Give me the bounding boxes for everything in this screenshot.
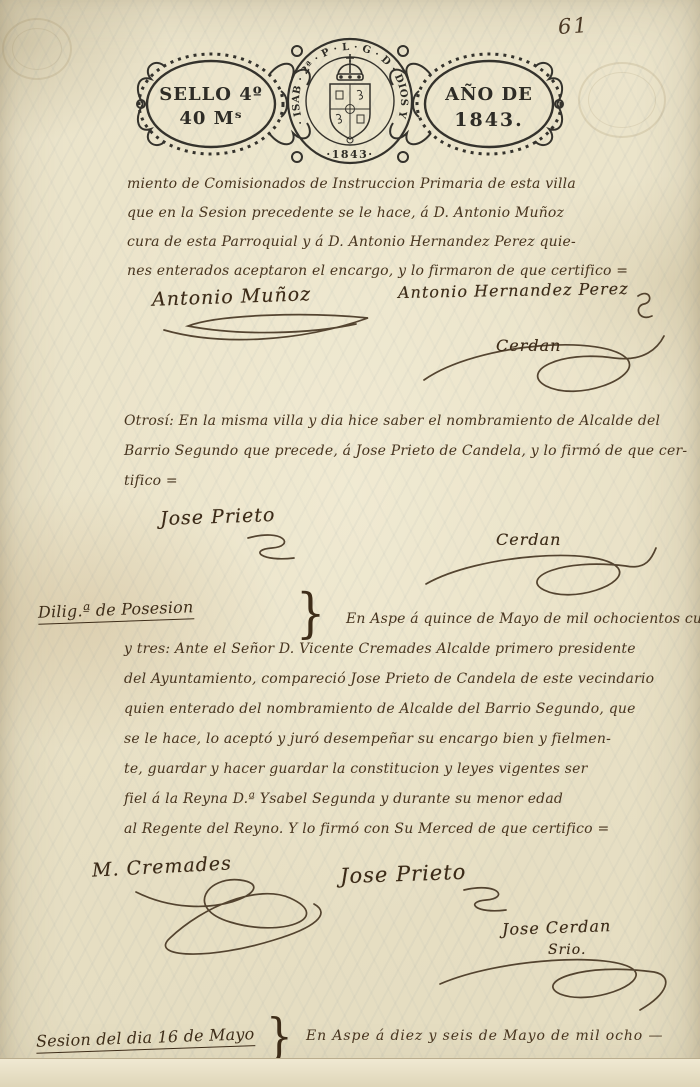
signature-cerdan-2: Cerdan bbox=[496, 530, 561, 549]
manuscript-line: quien enterado del nombramiento de Alcal… bbox=[124, 694, 700, 724]
manuscript-line: del Ayuntamiento, compareció Jose Prieto… bbox=[124, 664, 700, 694]
stamp-year-label: AÑO DE bbox=[444, 82, 533, 105]
manuscript-line: En Aspe á quince de Mayo de mil ochocien… bbox=[124, 604, 700, 634]
blind-embossed-seal-right bbox=[578, 62, 666, 138]
manuscript-line: Otrosí: En la misma villa y dia hice sab… bbox=[124, 406, 687, 436]
stamp-value-text: 40 Mˢ bbox=[179, 108, 242, 129]
manuscript-page: 61 bbox=[0, 0, 700, 1087]
stamp-right-oval: AÑO DE 1843. bbox=[417, 54, 561, 154]
signature-jose-cerdan: Jose Cerdan bbox=[502, 916, 612, 939]
revenue-stamp: SELLO 4º 40 Mˢ AÑO DE 1843. · ISAB · 2ª … bbox=[131, 27, 569, 179]
stamp-sello-text: SELLO 4º bbox=[159, 84, 263, 105]
manuscript-line: fiel á la Reyna D.ª Ysabel Segunda y dur… bbox=[124, 784, 700, 814]
manuscript-line: se le hace, lo aceptó y juró desempeñar … bbox=[124, 724, 700, 754]
manuscript-line: cura de esta Parroquial y á D. Antonio H… bbox=[127, 228, 628, 257]
stamp-left-oval: SELLO 4º 40 Mˢ bbox=[139, 54, 283, 154]
signature-rubric-prieto-1 bbox=[240, 528, 310, 564]
margin-note-sesion: Sesion del dia 16 de Mayo bbox=[36, 1024, 255, 1054]
signature-rubric-munoz bbox=[160, 310, 380, 350]
coat-of-arms-icon bbox=[330, 84, 370, 143]
manuscript-line: tifico = bbox=[124, 466, 687, 496]
manuscript-line: miento de Comisionados de Instruccion Pr… bbox=[127, 170, 628, 199]
paragraph-nombramiento-comisionados: miento de Comisionados de Instruccion Pr… bbox=[127, 170, 628, 286]
signature-antonio-munoz: Antonio Muñoz bbox=[152, 283, 312, 311]
stamp-year-value: 1843. bbox=[454, 109, 524, 131]
sesion-opening-line: En Aspe á diez y seis de Mayo de mil och… bbox=[306, 1028, 663, 1044]
page-bottom-edge bbox=[0, 1058, 700, 1087]
signature-cerdan-1: Cerdan bbox=[496, 336, 561, 355]
paragraph-otrosi-alcalde-barrio: Otrosí: En la misma villa y dia hice sab… bbox=[124, 406, 687, 496]
signature-flourish-cremades bbox=[118, 876, 368, 966]
manuscript-line: que en la Sesion precedente se le hace, … bbox=[127, 199, 628, 228]
paragraph-diligencia-posesion: En Aspe á quince de Mayo de mil ochocien… bbox=[124, 604, 700, 844]
manuscript-line: y tres: Ante el Señor D. Vicente Cremade… bbox=[124, 634, 700, 664]
signature-rubric-hernandez bbox=[632, 290, 662, 326]
manuscript-line: al Regente del Reyno. Y lo firmó con Su … bbox=[124, 814, 700, 844]
signature-cerdan-title: Srio. bbox=[548, 942, 586, 958]
signature-flourish-cerdan-2 bbox=[420, 544, 660, 610]
signature-jose-prieto-2: Jose Prieto bbox=[340, 860, 467, 888]
signature-flourish-jose-cerdan bbox=[432, 950, 682, 1018]
signature-jose-prieto-1: Jose Prieto bbox=[160, 504, 276, 530]
signature-antonio-hernandez-perez: Antonio Hernandez Perez bbox=[398, 279, 629, 302]
signature-cremades: M. Cremades bbox=[92, 852, 233, 881]
blind-embossed-seal-left bbox=[2, 18, 72, 80]
signature-rubric-prieto-2 bbox=[456, 882, 520, 916]
manuscript-line: te, guardar y hacer guardar la constituc… bbox=[124, 754, 700, 784]
margin-brace-sesion: } bbox=[266, 1008, 293, 1064]
revenue-stamp-graphic: SELLO 4º 40 Mˢ AÑO DE 1843. · ISAB · 2ª … bbox=[131, 27, 569, 179]
manuscript-line: Barrio Segundo que precede, á Jose Priet… bbox=[124, 436, 687, 466]
seal-year-text: ·1843· bbox=[326, 148, 373, 161]
